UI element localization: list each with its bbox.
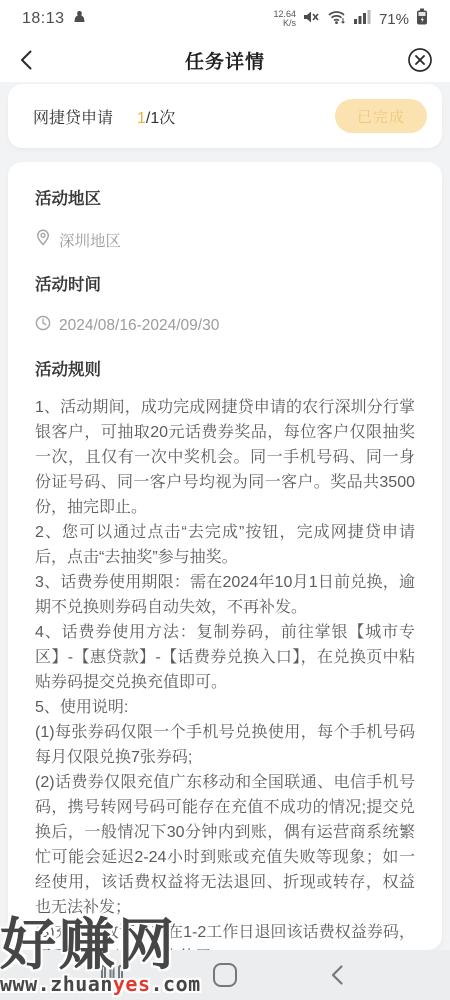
home-icon xyxy=(213,963,237,987)
time-row: 2024/08/16-2024/09/30 xyxy=(35,315,415,336)
status-bar: 18:13 12.64 K/s 71% xyxy=(0,0,450,38)
activity-detail-card: 活动地区 深圳地区 活动时间 2024/08/16-2024/09/30 活动规… xyxy=(8,162,442,950)
home-button[interactable] xyxy=(195,950,255,1000)
recents-button[interactable] xyxy=(82,950,142,1000)
rule-paragraph: (3)充值失败订单将在1-2工作日退回该话费权益券码，可重新兑换进行再次使用。 xyxy=(35,920,415,950)
network-speed-unit: K/s xyxy=(283,19,296,28)
region-row: 深圳地区 xyxy=(35,229,415,251)
task-progress: 1/1次 xyxy=(137,105,335,128)
region-heading: 活动地区 xyxy=(35,185,415,209)
time-value: 2024/08/16-2024/09/30 xyxy=(59,317,219,335)
mute-icon xyxy=(303,9,320,30)
network-speed-indicator: 12.64 K/s xyxy=(273,10,296,28)
wifi-icon xyxy=(327,9,347,30)
rule-paragraph: 4、话费券使用方法：复制券码，前往掌银【城市专区】-【惠贷款】-【话费券兑换入口… xyxy=(35,620,415,695)
notification-app-icon xyxy=(73,10,86,29)
rule-paragraph: 2、您可以通过点击“去完成”按钮，完成网捷贷申请后，点击“去抽奖”参与抽奖。 xyxy=(35,520,415,570)
rules-heading: 活动规则 xyxy=(35,356,415,380)
task-summary-card: 网捷贷申请 1/1次 已完成 xyxy=(8,84,442,148)
page-title: 任务详情 xyxy=(185,47,265,74)
rule-paragraph: (2)话费券仅限充值广东移动和全国联通、电信手机号码，携号转网号码可能存在充值不… xyxy=(35,770,415,920)
battery-percent: 71% xyxy=(379,11,409,28)
page-header: 任务详情 xyxy=(0,38,450,82)
rule-paragraph: (1)每张券码仅限一个手机号兑换使用，每个手机号码每月仅限兑换7张券码; xyxy=(35,720,415,770)
task-progress-current: 1 xyxy=(137,110,146,127)
clock-time: 18:13 xyxy=(22,10,65,28)
region-value: 深圳地区 xyxy=(59,229,121,251)
time-heading: 活动时间 xyxy=(35,271,415,295)
rules-text: 1、活动期间，成功完成网捷贷申请的农行深圳分行掌银客户，可抽取20元话费券奖品，… xyxy=(35,395,415,950)
clock-icon xyxy=(35,315,51,336)
task-progress-total: /1次 xyxy=(146,110,175,127)
back-button[interactable] xyxy=(14,47,40,73)
rule-paragraph: 3、话费券使用期限：需在2024年10月1日前兑换，逾期不兑换则券码自动失效，不… xyxy=(35,570,415,620)
task-name: 网捷贷申请 xyxy=(33,105,113,128)
signal-bars-icon xyxy=(354,9,372,29)
android-nav-bar xyxy=(0,950,450,1000)
battery-icon xyxy=(416,8,428,30)
rule-paragraph: 1、活动期间，成功完成网捷贷申请的农行深圳分行掌银客户，可抽取20元话费券奖品，… xyxy=(35,395,415,520)
task-detail-screen: 18:13 12.64 K/s 71% xyxy=(0,0,450,1000)
rule-paragraph: 5、使用说明: xyxy=(35,695,415,720)
location-pin-icon xyxy=(35,229,51,251)
task-status-button[interactable]: 已完成 xyxy=(335,99,427,133)
close-button[interactable] xyxy=(406,46,434,74)
nav-back-button[interactable] xyxy=(307,950,367,1000)
